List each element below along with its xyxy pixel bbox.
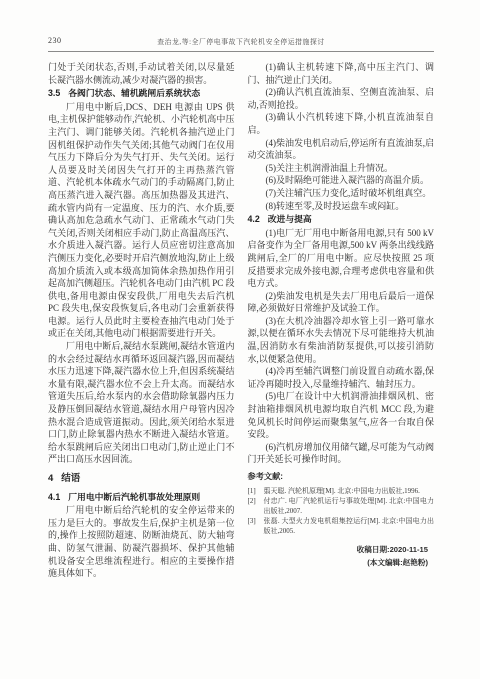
received-date: 收稿日期:2020-11-15 [248,543,429,556]
editor-note: (本文编辑:赵艳粉) [248,556,429,569]
running-title: 查治龙,等:全厂停电事故下汽轮机安全停运措施探讨 [48,36,434,46]
section-number: 4.1 [48,492,60,502]
improvement-item: (5)电厂在设计中大机润滑油排烟风机、密封油箱排烟风机电源均取自汽机 MCC 段… [248,390,435,440]
measure-item: (7)关注辅汽压力变化,适时破坏机组真空。 [248,187,435,200]
measure-item: (6)及时隔绝可能进入凝汽器的高温介质。 [248,174,435,187]
header-rule [48,51,434,52]
measure-item: (1)确认主机转速下降,高中压主汽门、调门、抽汽逆止门关闭。 [248,61,435,86]
reference-entry: [2] 付忠广. 电厂汽轮机运行与事故处理[M]. 北京:中国电力出版社,200… [248,497,435,516]
measure-item: (2)确认汽机直流油泵、空侧直流油泵、启动,否则抢投。 [248,86,435,111]
section-number: 3.5 [48,88,60,98]
reference-entry: [3] 张磊. 大型火力发电机组集控运行[M]. 北京:中国电力出版社,2005… [248,517,435,536]
section-title: 改进与提高 [268,214,312,224]
reference-entry: [1] 翦天聪. 汽轮机原理[M]. 北京:中国电力出版社,1996. [248,487,435,497]
improvement-item: (1)电厂无厂用电中断备用电源,只有 500 kV 启备变作为全厂备用电源,50… [248,227,435,290]
two-column-body: 门处于关闭状态,否则,手动试着关闭,以尽量延长凝汽器水侧流动,减少对凝汽器的损害… [48,61,434,580]
section-number: 4 [48,473,53,484]
measure-item: (5)关注主机润滑油温上升情况。 [248,162,435,175]
paragraph-continuation: 门处于关闭状态,否则,手动试着关闭,以尽量延长凝汽器水侧流动,减少对凝汽器的损害… [48,61,235,86]
section-heading-4-1: 4.1厂用电中断后汽轮机事故处理原则 [48,491,235,504]
left-column: 门处于关闭状态,否则,手动试着关闭,以尽量延长凝汽器水侧流动,减少对凝汽器的损害… [48,61,235,580]
paragraph-condensate: 厂用电中断后,凝结水泵跳闸,凝结水管道内的水会经过凝结水再循环返回凝汽器,因而凝… [48,340,235,466]
section-number: 4.2 [248,214,260,224]
running-header: 230 查治龙,等:全厂停电事故下汽轮机安全停运措施探讨 [48,36,434,47]
reference-text: 张磊. 大型火力发电机组集控运行[M]. 北京:中国电力出版社,2005. [264,517,435,536]
paragraph-valve-status: 厂用电中断后,DCS、DEH 电源由 UPS 供电,主机保护能够动作,汽轮机、小… [48,101,235,340]
section-title: 厂用电中断后汽轮机事故处理原则 [68,492,200,502]
improvement-item: (4)冷再至辅汽调整门前设置自动疏水器,保证冷再随时投入,尽量维持辅汽、轴封压力… [248,365,435,390]
journal-page: 230 查治龙,等:全厂停电事故下汽轮机安全停运措施探讨 门处于关闭状态,否则,… [0,0,480,679]
reference-label: [2] [248,497,264,516]
references-section: 参考文献: [1] 翦天聪. 汽轮机原理[M]. 北京:中国电力出版社,1996… [248,471,435,537]
reference-label: [3] [248,517,264,536]
reference-text: 翦天聪. 汽轮机原理[M]. 北京:中国电力出版社,1996. [264,487,435,497]
page-content: 230 查治龙,等:全厂停电事故下汽轮机安全停运措施探讨 门处于关闭状态,否则,… [48,36,434,580]
section-heading-4-2: 4.2改进与提高 [248,213,435,226]
reference-text: 付忠广. 电厂汽轮机运行与事故处理[M]. 北京:中国电力出版社,2007. [264,497,435,516]
section-title: 结语 [61,473,80,484]
section-heading-3-5: 3.5各阀门状态、辅机跳闸后系统状态 [48,87,235,100]
measure-item: (3)确认小汽机转速下降,小机直流油泵自启。 [248,111,435,136]
reference-label: [1] [248,487,264,497]
receipt-block: 收稿日期:2020-11-15 (本文编辑:赵艳粉) [248,543,435,569]
measure-item: (8)转速至零,及时投运盘车或闷缸。 [248,200,435,213]
paragraph-principle: 厂用电中断后给汽轮机的安全停运带来的压力是巨大的。事故发生后,保护主机是第一位的… [48,504,235,580]
improvement-item: (6)汽机房增加仪用储气罐,尽可能为气动阀门开关延长可操作时间。 [248,441,435,466]
section-heading-4: 4结语 [48,473,235,486]
section-title: 各阀门状态、辅机跳闸后系统状态 [68,88,200,98]
improvement-item: (2)柴油发电机是失去厂用电后最后一道保障,必须做好日常维护及试验工作。 [248,290,435,315]
right-column: (1)确认主机转速下降,高中压主汽门、调门、抽汽逆止门关闭。 (2)确认汽机直流… [248,61,435,580]
references-heading: 参考文献: [248,471,435,484]
improvement-item: (3)在大机冷油器冷却水管上引一路可靠水源,以便在循环水失去情况下尽可能维持大机… [248,315,435,365]
measure-item: (4)柴油发电机启动后,停运所有直流油泵,启动交流油泵。 [248,137,435,162]
